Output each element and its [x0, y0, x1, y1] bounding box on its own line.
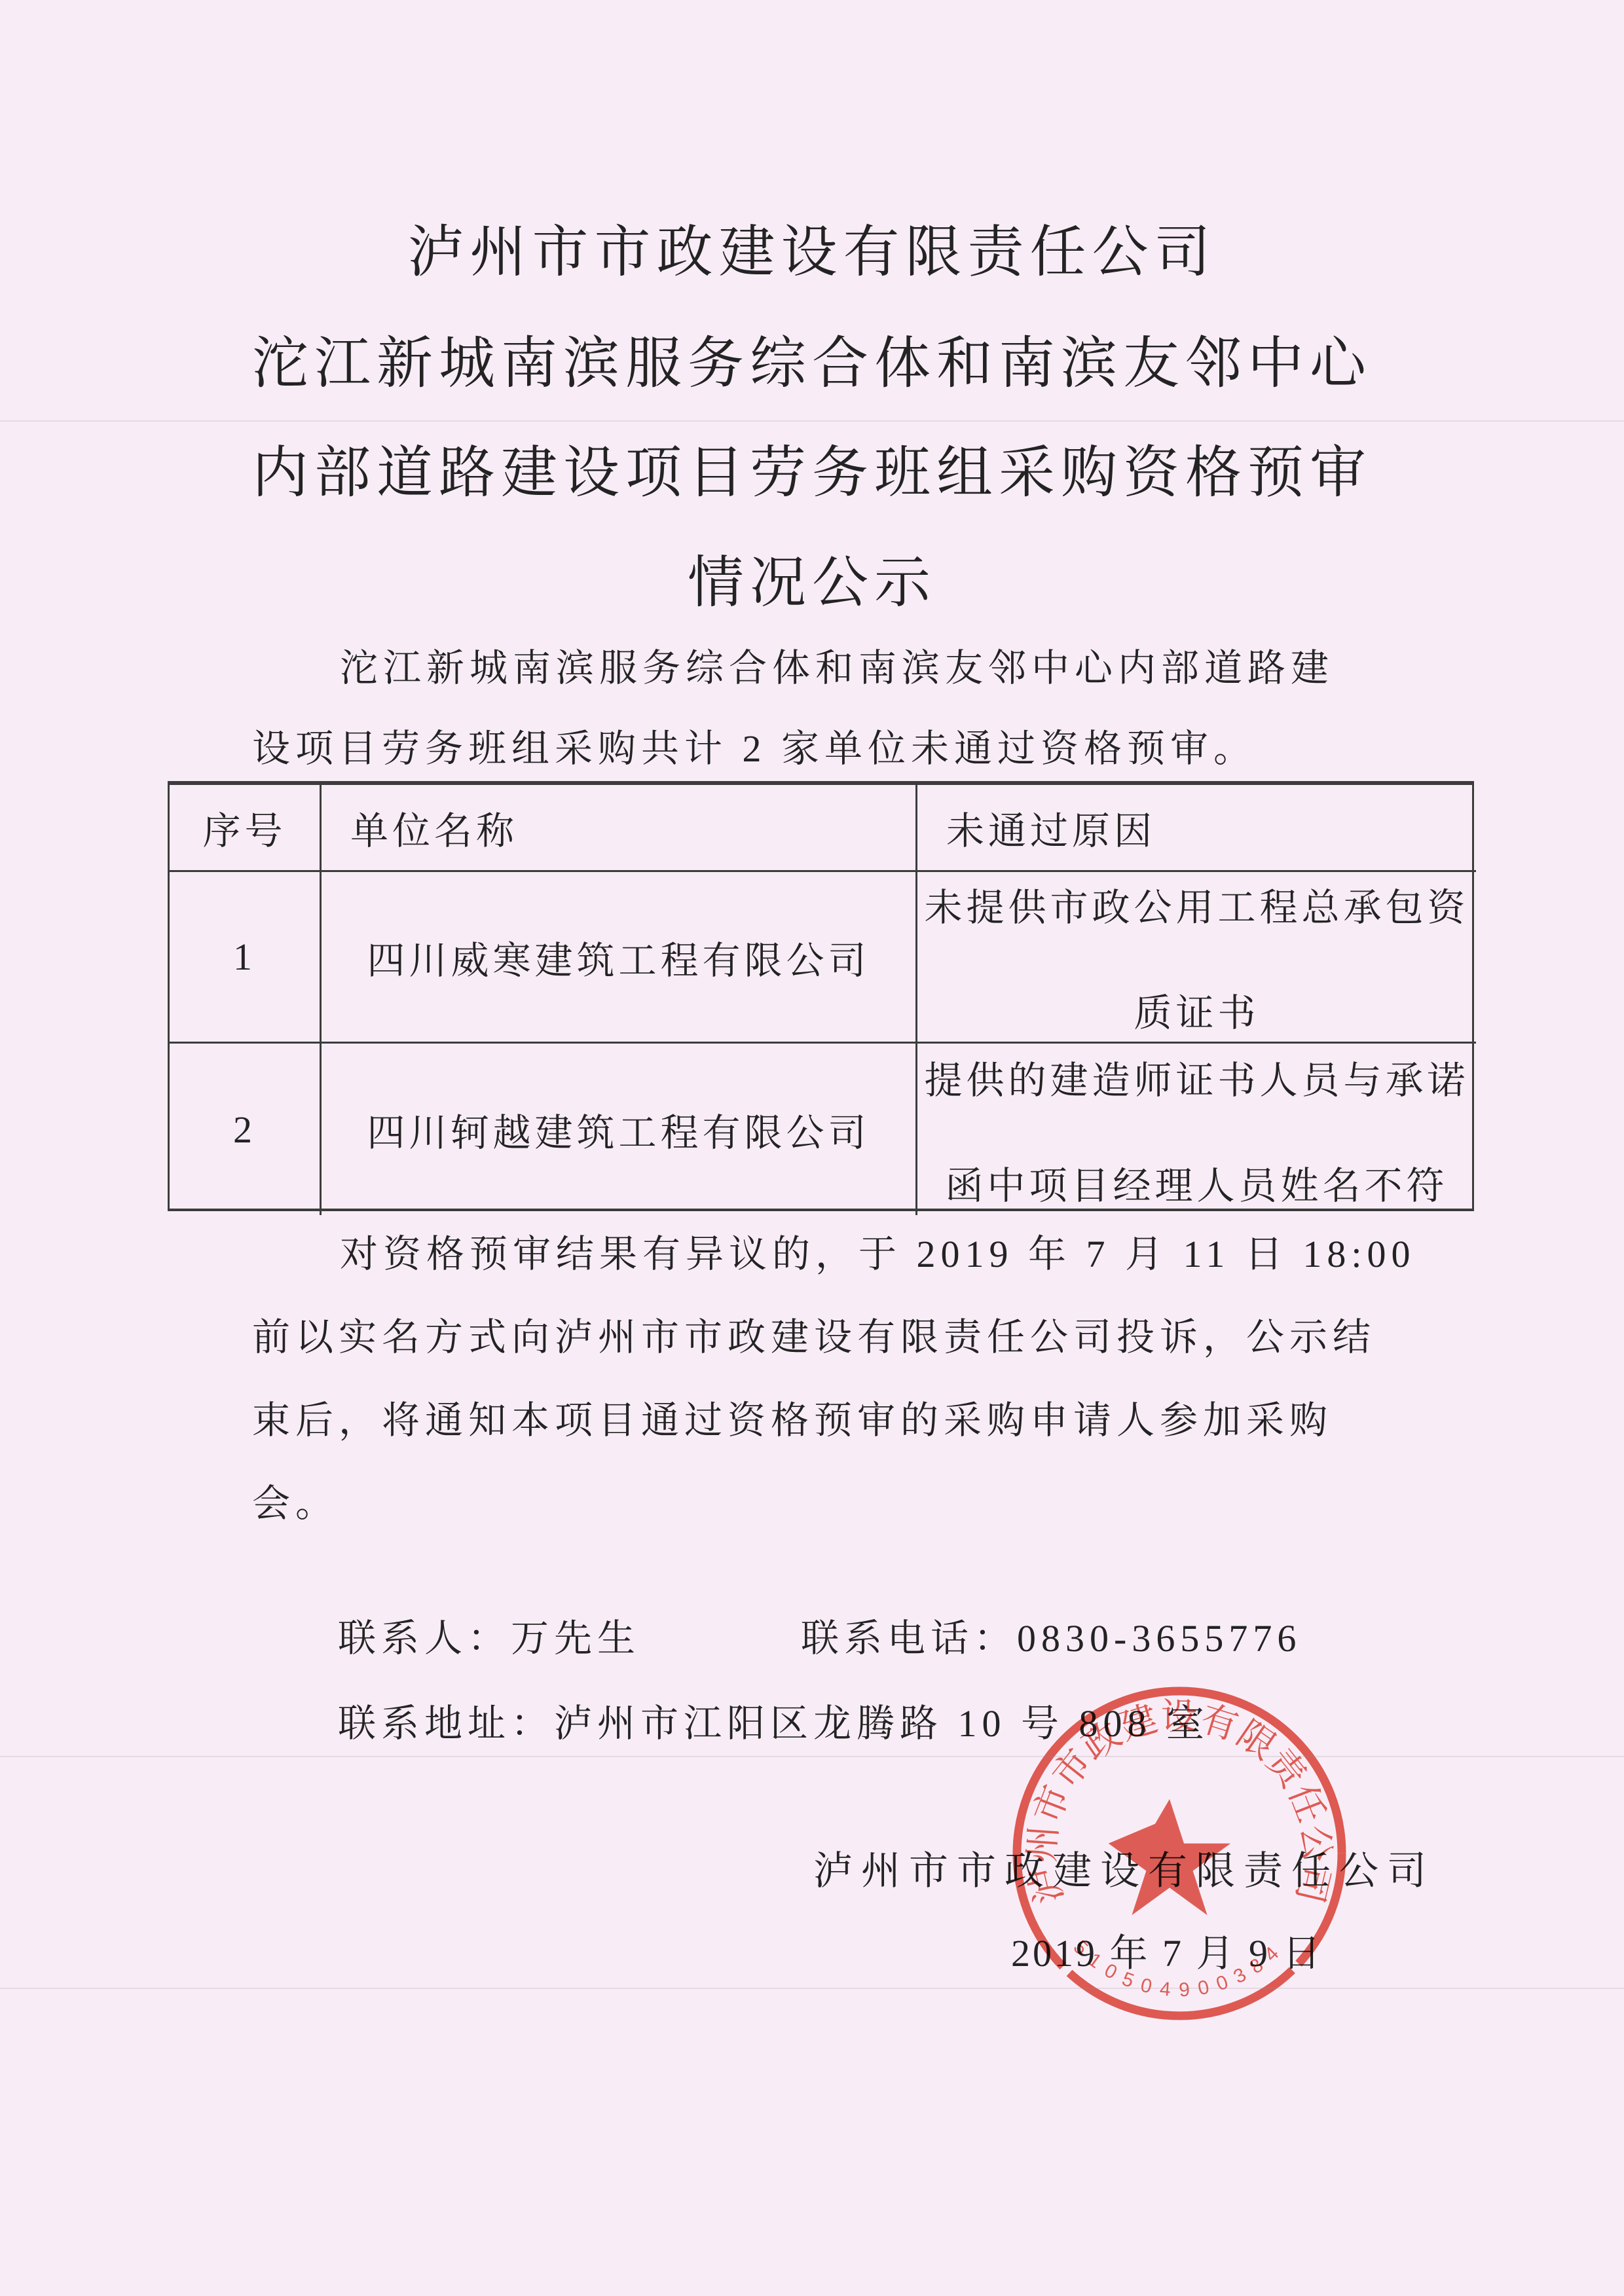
company-seal: 泸州市市政建设有限责任公司 510504900384: [996, 1670, 1363, 2037]
scan-artifact-line: [0, 1988, 1624, 1989]
notice-line: 束后，将通知本项目通过资格预审的采购申请人参加采购: [252, 1400, 1424, 1442]
intro-line: 设项目劳务班组采购共计 2 家单位未通过资格预审。: [252, 728, 1424, 770]
reason-line: 未提供市政公用工程总承包资: [924, 877, 1469, 932]
scan-artifact-line: [0, 1756, 1624, 1757]
title-line-project1: 沱江新城南滨服务综合体和南滨友邻中心: [0, 331, 1624, 396]
scan-artifact-line: [0, 420, 1624, 422]
table-row1-no: 1: [170, 872, 322, 1044]
table-header-company: 单位名称: [322, 785, 917, 872]
intro-line: 沱江新城南滨服务综合体和南滨友邻中心内部道路建: [252, 647, 1512, 689]
table-row2-reason: 提供的建造师证书人员与承诺 函中项目经理人员姓名不符: [917, 1044, 1476, 1215]
contact-row-1: 联系人：万先生 联系电话：0830-3655776: [338, 1607, 640, 1662]
notice-line: 前以实名方式向泸州市市政建设有限责任公司投诉，公示结: [252, 1317, 1424, 1358]
seal-star: [1109, 1799, 1230, 1915]
title-line-company: 泸州市市政建设有限责任公司: [0, 219, 1624, 285]
table-row2-no: 2: [170, 1044, 322, 1215]
title-line-notice: 情况公示: [0, 550, 1624, 615]
seal-serial: 510504900384: [1069, 1937, 1290, 2001]
scanned-notice-page: 泸州市市政建设有限责任公司 沱江新城南滨服务综合体和南滨友邻中心 内部道路建设项…: [0, 0, 1624, 2296]
prequalification-table: 序号 单位名称 未通过原因 1 四川威寒建筑工程有限公司 未提供市政公用工程总承…: [168, 781, 1474, 1211]
table-header-no: 序号: [170, 785, 322, 872]
notice-line: 对资格预审结果有异议的，于 2019 年 7 月 11 日 18:00: [252, 1233, 1512, 1275]
contact-person: 联系人：万先生: [338, 1617, 640, 1660]
reason-line: 提供的建造师证书人员与承诺: [924, 1049, 1469, 1104]
table-row1-company: 四川威寒建筑工程有限公司: [322, 872, 917, 1044]
svg-text:510504900384: 510504900384: [1069, 1937, 1290, 2001]
reason-line: 质证书: [1134, 982, 1259, 1037]
table-row2-company: 四川轲越建筑工程有限公司: [322, 1044, 917, 1215]
title-line-project2: 内部道路建设项目劳务班组采购资格预审: [0, 440, 1624, 505]
table-header-reason: 未通过原因: [917, 785, 1476, 872]
contact-phone: 联系电话：0830-3655776: [801, 1607, 1301, 1662]
reason-line: 函中项目经理人员姓名不符: [945, 1155, 1448, 1210]
table-row1-reason: 未提供市政公用工程总承包资 质证书: [917, 872, 1476, 1044]
notice-line: 会。: [252, 1483, 1424, 1525]
